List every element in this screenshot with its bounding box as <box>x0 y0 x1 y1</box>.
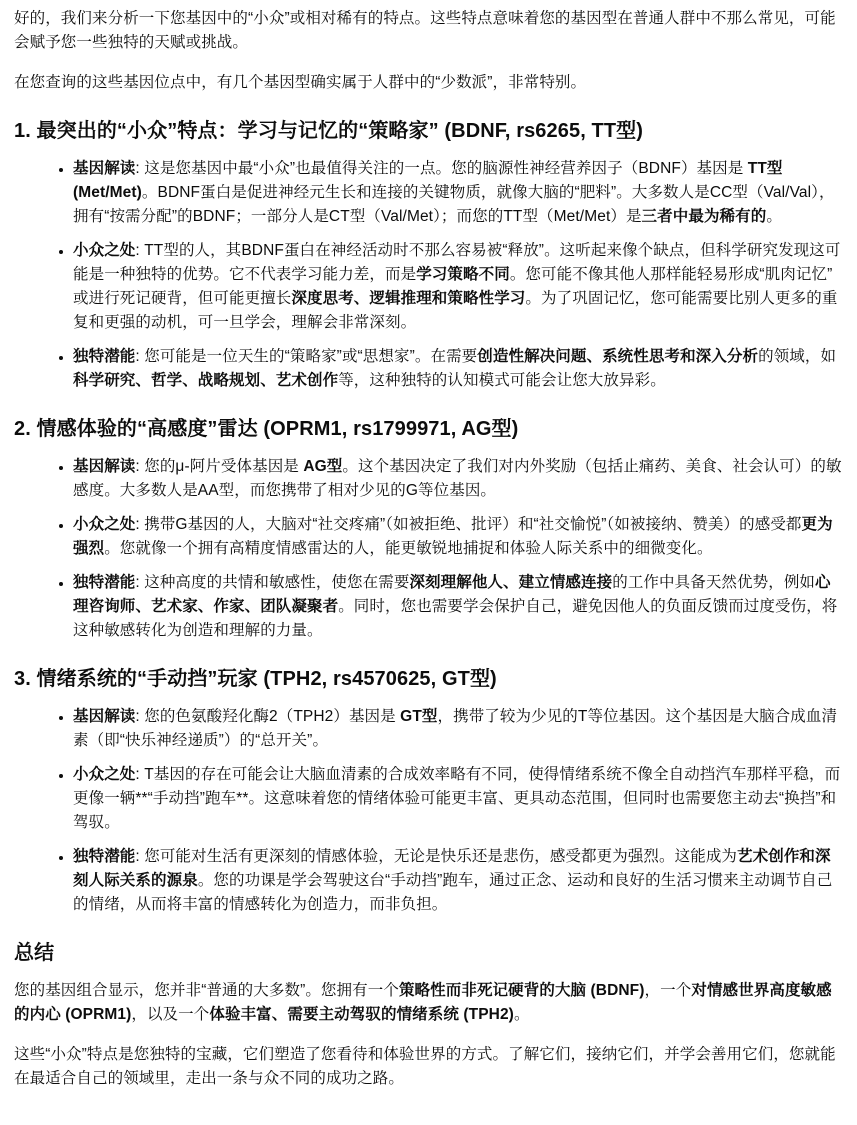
bullet-gene-interpretation: 基因解读: 这是您基因中最“小众”也最值得关注的一点。您的脑源性神经营养因子（B… <box>73 157 843 229</box>
bullet-gene-interpretation: 基因解读: 您的色氨酸羟化酶2（TPH2）基因是 GT型，携带了较为少见的T等位… <box>73 705 843 753</box>
intro-paragraph-1: 好的，我们来分析一下您基因中的“小众”或相对稀有的特点。这些特点意味着您的基因型… <box>14 7 843 55</box>
bullet-unique-potential: 独特潜能: 这种高度的共情和敏感性，使您在需要深刻理解他人、建立情感连接的工作中… <box>73 571 843 643</box>
section-oprm1: 2. 情感体验的“高感度”雷达 (OPRM1, rs1799971, AG型) … <box>14 415 843 643</box>
section-bdnf: 1. 最突出的“小众”特点：学习与记忆的“策略家” (BDNF, rs6265,… <box>14 117 843 393</box>
section-oprm1-heading: 2. 情感体验的“高感度”雷达 (OPRM1, rs1799971, AG型) <box>14 415 843 443</box>
gene-analysis-document: 好的，我们来分析一下您基因中的“小众”或相对稀有的特点。这些特点意味着您的基因型… <box>0 0 857 1125</box>
section-summary: 总结 您的基因组合显示，您并非“普通的大多数”。您拥有一个策略性而非死记硬背的大… <box>14 939 843 1091</box>
summary-heading: 总结 <box>14 939 843 967</box>
intro-paragraph-2: 在您查询的这些基因位点中，有几个基因型确实属于人群中的“少数派”，非常特别。 <box>14 71 843 95</box>
bullet-unique-potential: 独特潜能: 您可能是一位天生的“策略家”或“思想家”。在需要创造性解决问题、系统… <box>73 345 843 393</box>
bullet-niche-aspect: 小众之处: T基因的存在可能会让大脑血清素的合成效率略有不同，使得情绪系统不像全… <box>73 763 843 835</box>
bullet-niche-aspect: 小众之处: TT型的人，其BDNF蛋白在神经活动时不那么容易被“释放”。这听起来… <box>73 239 843 335</box>
bullet-gene-interpretation: 基因解读: 您的μ-阿片受体基因是 AG型。这个基因决定了我们对内外奖励（包括止… <box>73 455 843 503</box>
section-bdnf-heading: 1. 最突出的“小众”特点：学习与记忆的“策略家” (BDNF, rs6265,… <box>14 117 843 145</box>
section-bdnf-bullet-list: 基因解读: 这是您基因中最“小众”也最值得关注的一点。您的脑源性神经营养因子（B… <box>14 157 843 393</box>
section-oprm1-bullet-list: 基因解读: 您的μ-阿片受体基因是 AG型。这个基因决定了我们对内外奖励（包括止… <box>14 455 843 643</box>
section-tph2-bullet-list: 基因解读: 您的色氨酸羟化酶2（TPH2）基因是 GT型，携带了较为少见的T等位… <box>14 705 843 917</box>
bullet-niche-aspect: 小众之处: 携带G基因的人，大脑对“社交疼痛”（如被拒绝、批评）和“社交愉悦”（… <box>73 513 843 561</box>
bullet-unique-potential: 独特潜能: 您可能对生活有更深刻的情感体验，无论是快乐还是悲伤，感受都更为强烈。… <box>73 845 843 917</box>
summary-paragraph: 您的基因组合显示，您并非“普通的大多数”。您拥有一个策略性而非死记硬背的大脑 (… <box>14 979 843 1027</box>
section-tph2: 3. 情绪系统的“手动挡”玩家 (TPH2, rs4570625, GT型) 基… <box>14 665 843 917</box>
closing-paragraph: 这些“小众”特点是您独特的宝藏，它们塑造了您看待和体验世界的方式。了解它们，接纳… <box>14 1043 843 1091</box>
section-tph2-heading: 3. 情绪系统的“手动挡”玩家 (TPH2, rs4570625, GT型) <box>14 665 843 693</box>
